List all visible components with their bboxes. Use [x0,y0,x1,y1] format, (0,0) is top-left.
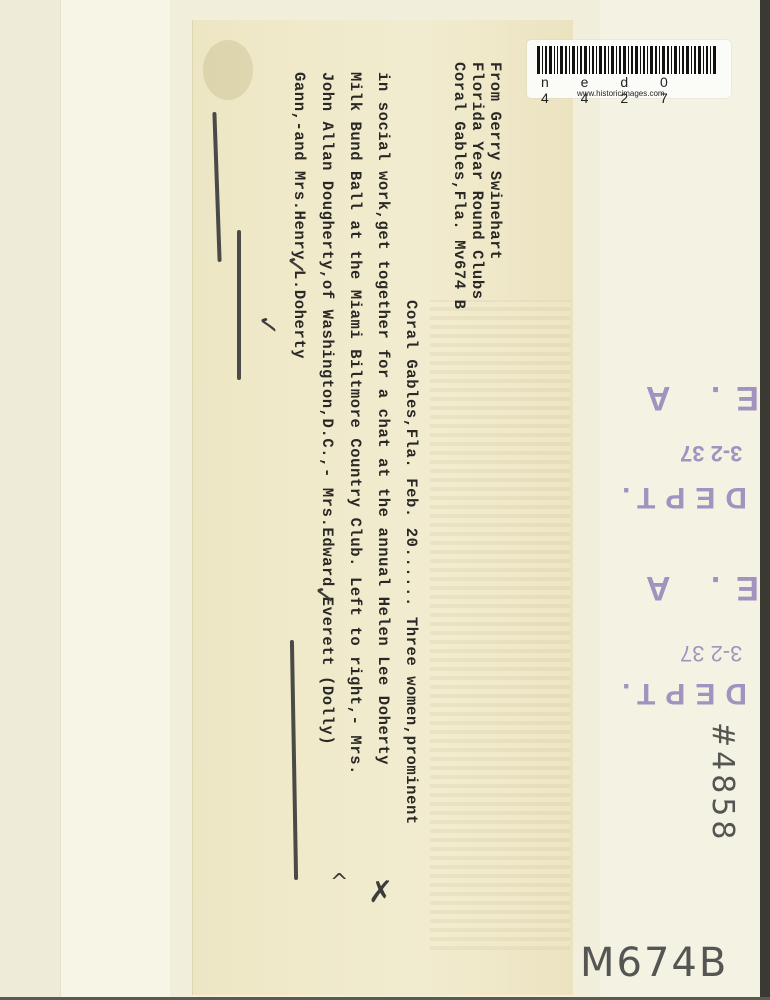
barcode-icon [537,46,722,74]
pencil-cross-icon: ✗ [368,875,393,910]
handwritten-bottom-code: M674B [580,940,728,986]
stamp-date-2: 3-2 37 [680,640,742,666]
photo-right-edge [760,0,770,1000]
pencil-check-icon: ✓ [252,314,282,336]
caption-header-line-2: Florida Year Round Clubs [469,62,485,300]
caption-body-line-1: Coral Gables,Fla. Feb. 20...... Three wo… [403,300,419,825]
caption-body-line-2: in social work,get together for a chat a… [375,72,391,765]
caption-header-line-1: From Gerry Swinehart [487,62,503,260]
tape-stain [203,40,253,100]
caption-body-line-5: Gann,-and Mrs.Henry L.Doherty [291,72,307,359]
stamp-dept-1: F. DEPT. [612,480,770,514]
stamp-nea-1: N. E. A [630,378,770,417]
stamp-dept-2: F. DEPT. [612,676,770,710]
caption-header-line-3: Coral Gables,Fla. Mv674 B [451,62,467,310]
photo-back-left-margin [0,0,60,1000]
pencil-underline-doherty [237,230,241,380]
stamp-nea-2: N. E. A [630,568,770,607]
photo-back-fold-strip [60,0,171,1000]
paper-wrinkles [430,300,570,950]
caption-body-line-4: John Allan Dougherty,of Washington,D.C.,… [319,72,335,745]
caption-body-line-3: Milk Bund Ball at the Miami Biltmore Cou… [347,72,363,775]
handwritten-side-number: #4858 [705,722,740,843]
pencil-check-icon: ✓ [308,584,338,606]
barcode-url: www.historicimages.com [577,89,665,98]
barcode-label: n e d 0 4 4 2 7 www.historicimages.com [527,40,731,98]
pencil-caret-icon: ^ [330,870,348,895]
stamp-date-1: 3-2 37 [680,440,742,466]
pencil-check-icon: ✓ [280,254,310,276]
